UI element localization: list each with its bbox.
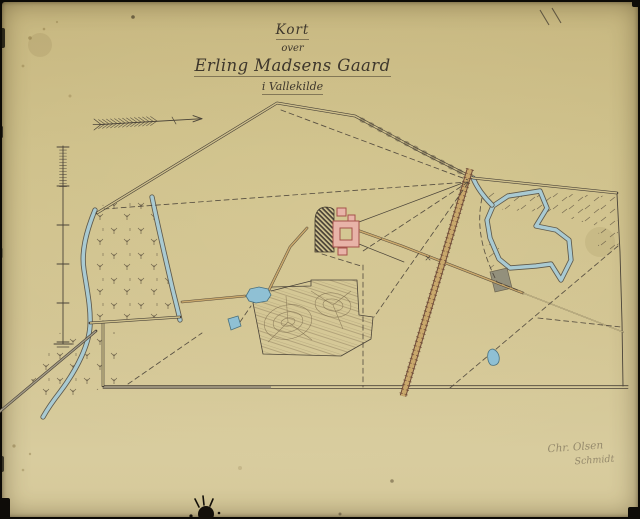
map-title-block: Kort over Erling Madsens Gaard i Valleki… [185, 22, 400, 95]
map-photo: Kort over Erling Madsens Gaard i Valleki… [0, 0, 640, 519]
outbuilding-south [338, 248, 347, 255]
pen-slash-marks [540, 8, 561, 25]
photo-edge-chip [0, 498, 10, 519]
scale-bar-icon [54, 146, 72, 347]
north-arrow-icon [93, 116, 202, 130]
ink-blot [189, 496, 220, 519]
photo-edge-chip [628, 507, 640, 519]
outbuilding-east [348, 215, 355, 221]
title-line-4: i Vallekilde [185, 80, 400, 95]
pond-small-square [228, 316, 241, 330]
photo-edge-chip [632, 0, 640, 7]
title-line-2: over [185, 43, 400, 54]
boundary-east [617, 194, 623, 386]
pond-main [246, 287, 271, 303]
pond-east [488, 349, 500, 365]
title-line-3: Erling Madsens Gaard [185, 56, 400, 77]
courtyard-building [333, 221, 359, 247]
hatched-hill-area [253, 280, 373, 356]
garden-plot [315, 207, 334, 252]
farm-buildings [333, 208, 359, 255]
outbuilding-north [337, 208, 346, 216]
title-line-1: Kort [185, 22, 400, 40]
dashed-field-lines [104, 110, 621, 388]
